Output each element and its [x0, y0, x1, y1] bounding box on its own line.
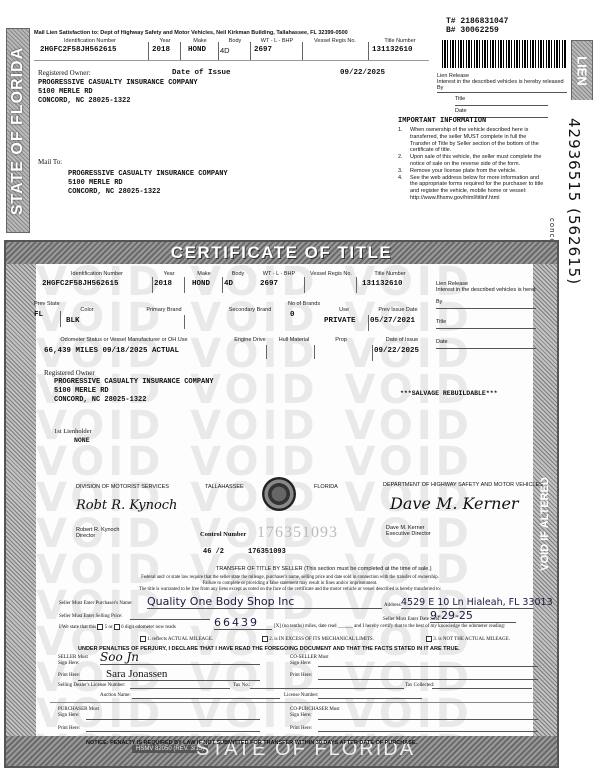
stub-owner-address: PROGRESSIVE CASUALTY INSURANCE COMPANY 5…: [38, 79, 198, 106]
info-item: 2.Upon sale of this vehicle, the seller …: [398, 154, 546, 168]
divider: [50, 702, 540, 703]
stub-title-number-field: Title Number 131132610: [370, 38, 430, 54]
cert-date-of-issue-field: Date of Issue 09/22/2025: [374, 337, 430, 355]
city-label: TALLAHASSEE: [205, 484, 244, 490]
co-seller-signature-field[interactable]: [318, 666, 538, 667]
cert-wt: 2697: [254, 280, 304, 288]
cert-prev-issue-date-field: Prev Issue Date 05/27/2021: [370, 307, 426, 325]
state-label: FLORIDA: [314, 484, 338, 490]
cert-lien-by-line[interactable]: By: [436, 299, 536, 309]
tax-no-field[interactable]: [250, 688, 404, 689]
co-purchaser-print-label: Print Here:: [290, 726, 312, 731]
actual-mileage-checkbox[interactable]: [140, 636, 146, 642]
florida-state-seal: [262, 477, 296, 511]
cert-body: 4D: [224, 280, 252, 288]
mail-to-address: PROGRESSIVE CASUALTY INSURANCE COMPANY 5…: [68, 170, 228, 197]
cert-secondary-brand-field: Secondary Brand: [210, 307, 290, 313]
cert-year: 2018: [154, 280, 184, 288]
cert-lien-date-line[interactable]: Date: [436, 339, 536, 349]
option-actual-mileage[interactable]: 1. reflects ACTUAL MILEAGE.: [140, 636, 213, 642]
certificate-vehicle-grid: Identification Number 2HGFC2F58JH562615 …: [34, 271, 434, 361]
stub-date-of-issue: 09/22/2025: [340, 69, 385, 77]
certificate-title: CERTIFICATE OF TITLE: [6, 243, 557, 263]
purchaser-print-label: Print Here:: [58, 726, 80, 731]
cert-prev-state-field: Prev State FL: [34, 301, 58, 319]
co-purchaser-print-field[interactable]: [318, 731, 538, 732]
mail-to-label: Mail To:: [38, 158, 62, 166]
seller-sign-label: SELLER Must Sign Here:: [58, 655, 98, 667]
stub-make-field: Make HOND: [182, 38, 218, 54]
info-item: 1.When ownership of the vehicle describe…: [398, 127, 546, 154]
dealer-license-label: Selling Dealer's License Number:: [58, 683, 125, 688]
stub-year: 2018: [150, 46, 180, 54]
cert-title-number-field: Title Number 131132610: [358, 271, 422, 288]
purchaser-sign-label: PURCHASER Must Sign Here:: [58, 707, 108, 719]
selling-price-label: Seller Must Enter Selling Price:: [59, 614, 123, 619]
stub-vessel-field: Vessel Regis No.: [304, 38, 366, 44]
control-code: 46 /2: [203, 548, 224, 556]
purchaser-print-field[interactable]: [86, 731, 260, 732]
purchaser-name-label: Seller Must Enter Purchaser's Name:: [59, 601, 133, 606]
cert-wt-field: WT - L - BHP 2697: [254, 271, 304, 288]
stub-wt-field: WT - L - BHP 2697: [252, 38, 302, 54]
selling-price-field[interactable]: [130, 619, 210, 620]
note-number: 42936515 (562615): [565, 118, 583, 285]
director-block: Robert R. Kynoch Director: [76, 528, 119, 539]
option-excess-mileage[interactable]: 2. is IN EXCESS OF ITS MECHANICAL LIMITS…: [262, 636, 374, 642]
stub-body-field: Body 4D: [220, 38, 250, 55]
cert-no-of-brands: 0: [288, 311, 318, 319]
stub-body: 4D: [220, 46, 250, 55]
cert-vin-field: Identification Number 2HGFC2F58JH562615: [42, 271, 152, 288]
co-seller-print-label: Print Here:: [290, 673, 312, 678]
tracking-numbers: T# 2186831047 B# 30062259: [446, 17, 508, 35]
exec-director-block: Dave M. Kerner Executive Director: [386, 526, 431, 537]
tax-collected-field[interactable]: [432, 688, 532, 689]
cert-registered-owner-label: Registered Owner: [44, 369, 95, 377]
tenths-field[interactable]: X: [276, 624, 280, 629]
info-item: 3.Remove your license plate from the veh…: [398, 168, 546, 175]
state-of-florida-band: STATE OF FLORIDA: [6, 28, 30, 233]
cert-make-field: Make HOND: [186, 271, 222, 288]
control-number: 176351093: [248, 548, 286, 556]
director-signature: Robt R. Kynoch: [76, 498, 177, 513]
cert-odometer: 66,439 MILES 09/18/2025 ACTUAL: [44, 347, 204, 355]
cert-prop-field: Prop: [326, 337, 356, 343]
license-number-field[interactable]: [318, 698, 422, 699]
first-lienholder-value: NONE: [74, 437, 90, 444]
license-number-label: License Number:: [284, 693, 319, 698]
department-label: DEPARTMENT OF HIGHWAY SAFETY AND MOTOR V…: [383, 482, 543, 488]
stub-id-row: Identification Number 2HGFC2F58JH562615 …: [34, 38, 429, 60]
stub-wt: 2697: [252, 46, 302, 54]
control-number-label: Control Number: [200, 531, 246, 538]
cert-odometer-field: Odometer Status or Vessel Manufacturer o…: [44, 337, 204, 355]
tax-no-label: Tax No.:: [233, 683, 250, 688]
purchaser-address-field[interactable]: 4529 E 10 Ln Hialeah, FL 33013: [401, 597, 533, 609]
purchaser-signature-field[interactable]: [86, 719, 260, 720]
five-digit-checkbox[interactable]: [97, 624, 103, 630]
cert-make: HOND: [186, 280, 222, 288]
cert-lien-title-line[interactable]: Title: [436, 319, 536, 329]
tax-collected-label: Tax Collected:: [405, 683, 434, 688]
seller-signature-field[interactable]: Soo Jn: [100, 650, 260, 665]
important-information: IMPORTANT INFORMATION 1.When ownership o…: [398, 117, 546, 202]
excess-mileage-checkbox[interactable]: [262, 636, 268, 642]
option-not-actual-mileage[interactable]: 3. is NOT THE ACTUAL MILEAGE.: [426, 636, 510, 642]
left-border: [6, 264, 36, 736]
stub-registered-owner-label: Registered Owner:: [38, 69, 91, 77]
purchaser-name-field[interactable]: Quality One Body Shop Inc: [147, 595, 382, 609]
co-purchaser-signature-field[interactable]: [318, 719, 538, 720]
cert-prev-state: FL: [34, 311, 58, 319]
cert-owner-address: PROGRESSIVE CASUALTY INSURANCE COMPANY 5…: [54, 378, 214, 405]
brand-notice: ***SALVAGE REBUILDABLE***: [400, 390, 498, 397]
certificate-header-band: CERTIFICATE OF TITLE: [6, 242, 557, 264]
info-item: 4.See the web address below for more inf…: [398, 175, 546, 202]
lien-band: LIEN: [571, 40, 593, 102]
cert-primary-brand-field: Primary Brand: [124, 307, 204, 313]
odometer-suffix: [X] (no tenths) miles, date read ______ …: [274, 624, 505, 629]
co-purchaser-sign-label: CO-PURCHASER Must Sign Here:: [290, 707, 346, 719]
cert-vessel-field: Vessel Regis No.: [306, 271, 356, 277]
odometer-reading-field[interactable]: 66439: [214, 616, 272, 630]
band-text: STATE OF FLORIDA: [9, 46, 27, 214]
cert-body-field: Body 4D: [224, 271, 252, 288]
mail-lien-line: Mail Lien Satisfaction to: Dept of Highw…: [34, 30, 348, 36]
cert-prev-issue-date: 05/27/2021: [370, 317, 426, 325]
cert-hull-material-field: Hull Material: [274, 337, 314, 343]
cert-engine-drive-field: Engine Drive: [230, 337, 270, 343]
b-number: B# 30062259: [446, 26, 508, 35]
penalty-notice: NOTICE: PENALTY IS REQUIRED BY LAW IF NO…: [86, 740, 417, 746]
stub-year-field: Year 2018: [150, 38, 180, 54]
cert-lien-release: Lien Release Interest in the described v…: [436, 281, 536, 349]
cert-no-of-brands-field: No of Brands 0: [288, 301, 318, 319]
stub-title-number: 131132610: [370, 46, 430, 54]
important-info-heading: IMPORTANT INFORMATION: [398, 117, 546, 125]
t-number: T# 2186831047: [446, 17, 508, 26]
transfer-heading: TRANSFER OF TITLE BY SELLER (This sectio…: [216, 566, 432, 572]
division-label: DIVISION OF MOTORIST SERVICES: [76, 484, 169, 490]
barcode: [442, 40, 566, 68]
stub-date-of-issue-label: Date of Issue: [172, 69, 231, 77]
cert-color-field: Color BLK: [62, 307, 112, 325]
stub-vin-field: Identification Number 2HGFC2F58JH562615: [34, 38, 146, 54]
cert-date-of-issue: 09/22/2025: [374, 347, 430, 355]
cert-title-number: 131132610: [358, 280, 422, 288]
exec-director-signature: Dave M. Kerner: [390, 494, 519, 513]
stub-lien-by-line[interactable]: By: [437, 85, 567, 93]
stub-make: HOND: [182, 46, 218, 54]
address-label: Address:: [384, 603, 402, 608]
seller-print-label: Print Here:: [58, 673, 80, 678]
cert-color: BLK: [62, 317, 112, 325]
not-actual-mileage-checkbox[interactable]: [426, 636, 432, 642]
dealer-license-field[interactable]: [130, 688, 230, 689]
stub-vin: 2HGFC2F58JH562615: [34, 46, 146, 54]
auction-name-label: Auction Name:: [100, 693, 131, 698]
cert-year-field: Year 2018: [154, 271, 184, 288]
date-sold-field[interactable]: 9-29-25: [430, 609, 516, 623]
first-lienholder-label: 1st Lienholder: [54, 428, 92, 435]
cert-use: PRIVATE: [324, 317, 364, 325]
cert-vin: 2HGFC2F58JH562615: [42, 280, 152, 288]
control-number-large: 176351093: [257, 524, 338, 542]
six-digit-checkbox[interactable]: [114, 624, 120, 630]
auction-name-field[interactable]: [132, 698, 280, 699]
co-seller-print-field[interactable]: [318, 679, 538, 680]
seller-print-field[interactable]: Sara Jonassen: [78, 668, 260, 681]
transfer-legal-text: Federal and/ or state law require that t…: [40, 575, 540, 593]
odometer-statement: I/We state that this 5 or 6 digit odomet…: [59, 624, 176, 630]
cert-use-field: Use PRIVATE: [324, 307, 364, 325]
